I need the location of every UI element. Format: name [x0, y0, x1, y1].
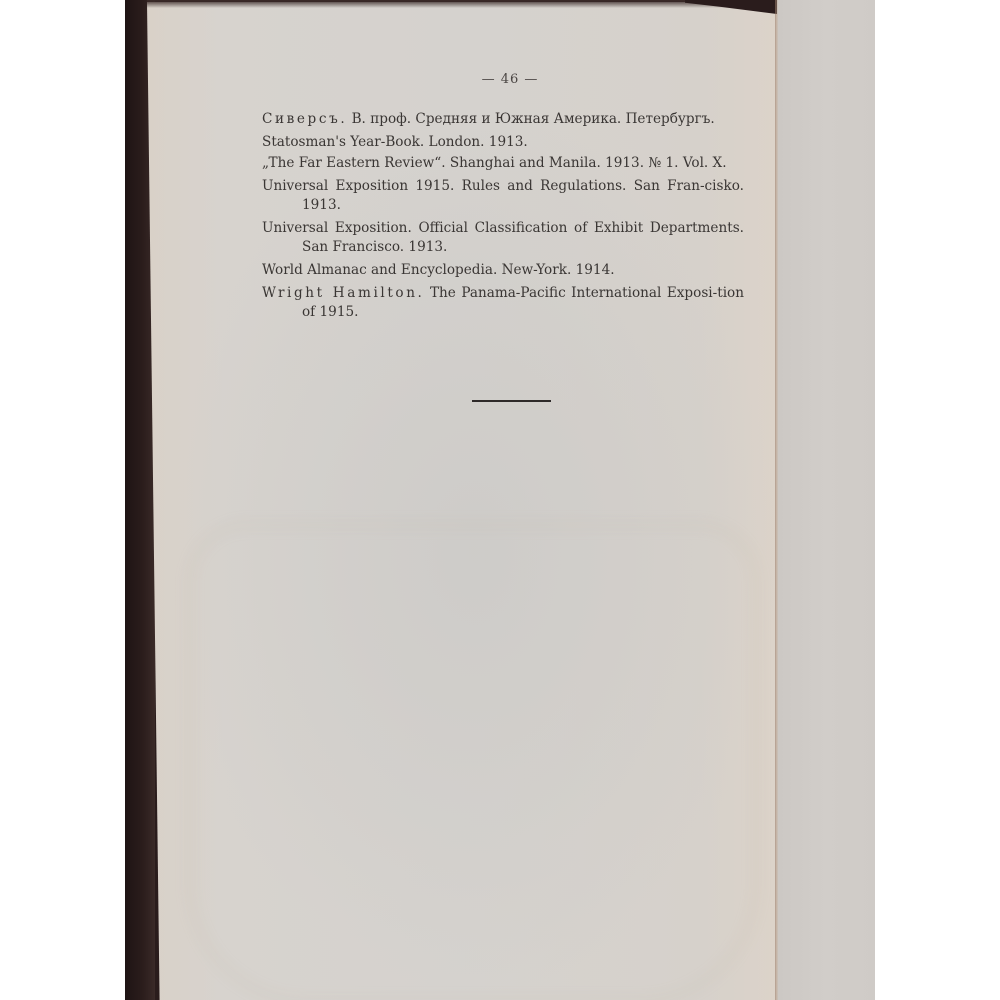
- entry-author: Wright Hamilton.: [262, 285, 424, 301]
- bibliography-entry: „The Far Eastern Review“. Shanghai and M…: [262, 154, 744, 173]
- entry-text: Universal Exposition 1915. Rules and Reg…: [262, 178, 744, 213]
- end-rule: [472, 400, 551, 402]
- entry-text: Universal Exposition. Official Classific…: [262, 220, 744, 255]
- entry-author: Сиверсъ.: [262, 111, 347, 127]
- page-top-edge: [147, 0, 777, 8]
- page-fold: [775, 0, 778, 1000]
- bibliography-entry: Statosman's Year-Book. London. 1913.: [262, 133, 744, 152]
- bibliography-entry: Сиверсъ. В. проф. Средняя и Южная Америк…: [262, 110, 744, 129]
- bibliography-entry: Universal Exposition. Official Classific…: [262, 219, 744, 257]
- entry-text: „The Far Eastern Review“. Shanghai and M…: [262, 155, 727, 171]
- next-page-edge: [777, 0, 875, 1000]
- bibliography-entry: Wright Hamilton. The Panama-Pacific Inte…: [262, 284, 744, 322]
- entry-text: World Almanac and Encyclopedia. New-York…: [262, 262, 615, 278]
- entry-text: В. проф. Средняя и Южная Америка. Петерб…: [347, 111, 714, 127]
- entry-text: Statosman's Year-Book. London. 1913.: [262, 134, 528, 150]
- page-number: — 46 —: [262, 72, 758, 87]
- bibliography-entry: Universal Exposition 1915. Rules and Reg…: [262, 177, 744, 215]
- bibliography-entry: World Almanac and Encyclopedia. New-York…: [262, 261, 744, 280]
- bibliography-list: Сиверсъ. В. проф. Средняя и Южная Америк…: [262, 110, 744, 326]
